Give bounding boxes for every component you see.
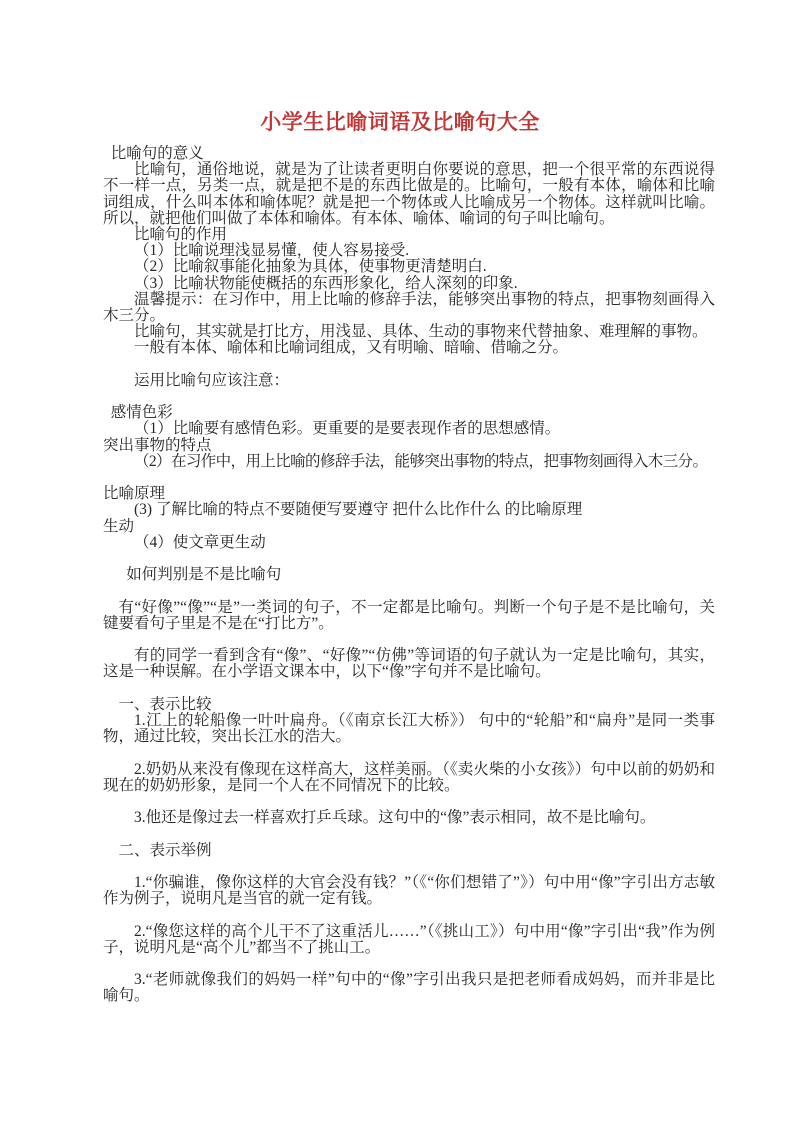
- paragraph: 2.奶奶从来没有像现在这样高大，这样美丽。（《卖火柴的小女孩》）句中以前的奶奶和…: [103, 762, 715, 794]
- paragraph: （4）使文章更生动: [103, 535, 715, 551]
- paragraph: （3）比喻状物能使概括的东西形象化，给人深刻的印象.: [103, 276, 715, 292]
- paragraph: 感情色彩: [103, 405, 715, 421]
- paragraph: 一、表示比较: [103, 697, 715, 713]
- paragraph: 温馨提示：在习作中，用上比喻的修辞手法，能够突出事物的特点，把事物刻画得入木三分…: [103, 292, 715, 324]
- blank-line: [103, 389, 715, 405]
- blank-line: [103, 794, 715, 810]
- paragraph: (3) 了解比喻的特点不要随便写要遵守 把什么比作什么 的比喻原理: [103, 502, 715, 518]
- paragraph: 1.“你骗谁，像你这样的大官会没有钱？”（《“你们想错了”》）句中用“像”字引出…: [103, 875, 715, 907]
- blank-line: [103, 632, 715, 648]
- paragraph: （1）比喻说理浅显易懂，使人容易接受.: [103, 243, 715, 259]
- paragraph: 有“好像”“像”“是”一类词的句子，不一定都是比喻句。判断一个句子是不是比喻句，…: [103, 600, 715, 632]
- document-title: 小学生比喻词语及比喻句大全: [0, 0, 800, 136]
- blank-line: [103, 583, 715, 599]
- paragraph: 突出事物的特点: [103, 438, 715, 454]
- blank-line: [103, 859, 715, 875]
- blank-line: [103, 745, 715, 761]
- paragraph: 比喻句，通俗地说，就是为了让读者更明白你要说的意思，把一个很平常的东西说得不一样…: [103, 162, 715, 227]
- paragraph: 1.江上的轮船像一叶叶扁舟。（《南京长江大桥》） 句中的“轮船”和“扁舟”是同一…: [103, 713, 715, 745]
- paragraph: 2.“像您这样的高个儿干不了这重活儿……”（《挑山工》）句中用“像”字引出“我”…: [103, 924, 715, 956]
- paragraph: 3.“老师就像我们的妈妈一样”句中的“像”字引出我只是把老师看成妈妈，而并非是比…: [103, 972, 715, 1004]
- paragraph: 运用比喻句应该注意：: [103, 373, 715, 389]
- blank-line: [103, 826, 715, 842]
- blank-line: [103, 551, 715, 567]
- paragraph: 有的同学一看到含有“像”、“好像”“仿佛”等词语的句子就认为一定是比喻句，其实，…: [103, 648, 715, 680]
- blank-line: [103, 470, 715, 486]
- paragraph: 比喻原理: [103, 486, 715, 502]
- blank-line: [103, 357, 715, 373]
- document-body: 比喻句的意义比喻句，通俗地说，就是为了让读者更明白你要说的意思，把一个很平常的东…: [0, 136, 800, 1005]
- blank-line: [103, 956, 715, 972]
- paragraph: （2）比喻叙事能化抽象为具体，使事物更清楚明白.: [103, 259, 715, 275]
- paragraph: 二、表示举例: [103, 843, 715, 859]
- paragraph: （2）在习作中，用上比喻的修辞手法，能够突出事物的特点，把事物刻画得入木三分。: [103, 454, 715, 470]
- document-page: 小学生比喻词语及比喻句大全 比喻句的意义比喻句，通俗地说，就是为了让读者更明白你…: [0, 0, 800, 1132]
- blank-line: [103, 681, 715, 697]
- blank-line: [103, 907, 715, 923]
- paragraph: 如何判别是不是比喻句: [103, 567, 715, 583]
- paragraph: （1）比喻要有感情色彩。更重要的是要表现作者的思想感情。: [103, 421, 715, 437]
- paragraph: 一般有本体、喻体和比喻词组成，又有明喻、暗喻、借喻之分。: [103, 340, 715, 356]
- paragraph: 比喻句，其实就是打比方，用浅显、具体、生动的事物来代替抽象、难理解的事物。: [103, 324, 715, 340]
- paragraph: 比喻句的意义: [103, 146, 715, 162]
- paragraph: 3.他还是像过去一样喜欢打乒乓球。这句中的“像”表示相同，故不是比喻句。: [103, 810, 715, 826]
- paragraph: 比喻句的作用: [103, 227, 715, 243]
- paragraph: 生动: [103, 519, 715, 535]
